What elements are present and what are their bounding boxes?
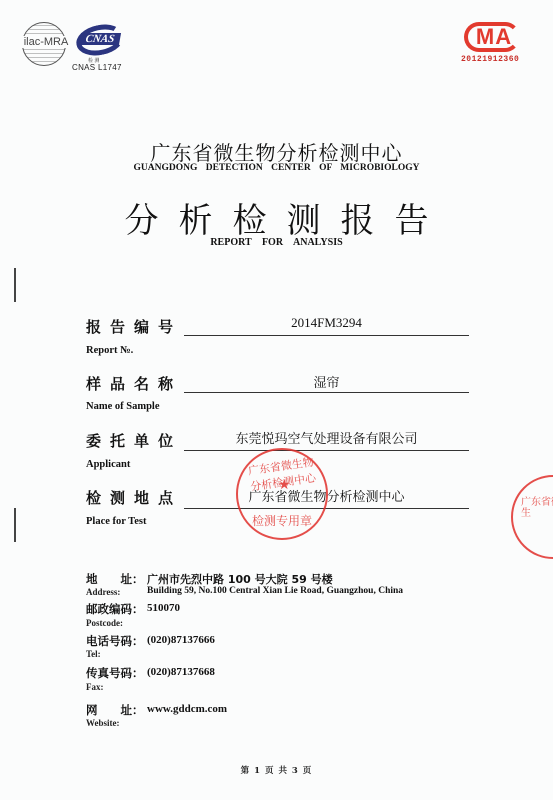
report-title-en: REPORT FOR ANALYSIS — [0, 237, 553, 248]
sample-name-rule — [184, 392, 469, 393]
tel-value: (020)87137666 — [147, 634, 215, 646]
report-title-cn: 分析检测报告 — [0, 193, 553, 242]
website-label-en: Website: — [86, 718, 120, 728]
report-number-label-en: Report №. — [86, 345, 133, 356]
organization-name-cn: 广东省微生物分析检测中心 — [0, 137, 553, 166]
edge-seal-text: 广东省微生 — [521, 497, 553, 519]
cma-logo-text: MA — [470, 23, 518, 51]
address-value-en: Building 59, No.100 Central Xian Lie Roa… — [147, 586, 403, 596]
cnas-logo-text: CNAS — [79, 33, 121, 45]
address-label-en: Address: — [86, 587, 120, 597]
applicant-rule — [184, 450, 469, 451]
report-number-label-cn: 报告编号 — [86, 316, 182, 337]
sample-name-value: 湿帘 — [184, 372, 469, 391]
applicant-value: 东莞悦玛空气处理设备有限公司 — [184, 428, 469, 447]
binding-mark-top — [14, 268, 16, 302]
tel-label-en: Tel: — [86, 649, 101, 659]
sample-name-label-cn: 样品名称 — [86, 373, 182, 394]
postcode-value: 510070 — [147, 602, 180, 614]
binding-mark-bottom — [14, 508, 16, 542]
address-label-cn: 地 址： — [86, 571, 144, 587]
seal-bottom-text: 检测专用章 — [250, 512, 314, 529]
cnas-code: CNAS L1747 — [72, 63, 122, 72]
test-place-label-cn: 检测地点 — [86, 487, 182, 508]
sample-name-label-en: Name of Sample — [86, 401, 160, 412]
fax-label-cn: 传真号码： — [86, 665, 144, 681]
page-number: 第 1 页 共 3 页 — [0, 764, 553, 776]
ilac-mra-logo-text: ilac-MRA — [22, 36, 70, 48]
seal-star-icon: ★ — [278, 478, 291, 492]
applicant-label-cn: 委托单位 — [86, 430, 182, 451]
edge-seal: 广东省微生 — [511, 475, 553, 559]
tel-label-cn: 电话号码： — [86, 633, 144, 649]
test-place-rule — [184, 508, 469, 509]
report-number-rule — [184, 335, 469, 336]
official-seal: 广东省微生物分析检测中心 ★ 检测专用章 — [236, 448, 328, 540]
cma-code: 20121912360 — [461, 55, 519, 64]
postcode-label-en: Postcode: — [86, 618, 123, 628]
website-label-cn: 网 址： — [86, 702, 144, 718]
report-number-value: 2014FM3294 — [184, 315, 469, 331]
postcode-label-cn: 邮政编码： — [86, 601, 144, 617]
website-value[interactable]: www.gddcm.com — [147, 703, 227, 715]
address-value-cn: 广州市先烈中路 100 号大院 59 号楼 — [147, 571, 333, 587]
applicant-label-en: Applicant — [86, 459, 130, 470]
organization-name-en: GUANGDONG DETECTION CENTER OF MICROBIOLO… — [0, 163, 553, 173]
fax-value: (020)87137668 — [147, 666, 215, 678]
test-place-label-en: Place for Test — [86, 516, 146, 527]
fax-label-en: Fax: — [86, 682, 104, 692]
